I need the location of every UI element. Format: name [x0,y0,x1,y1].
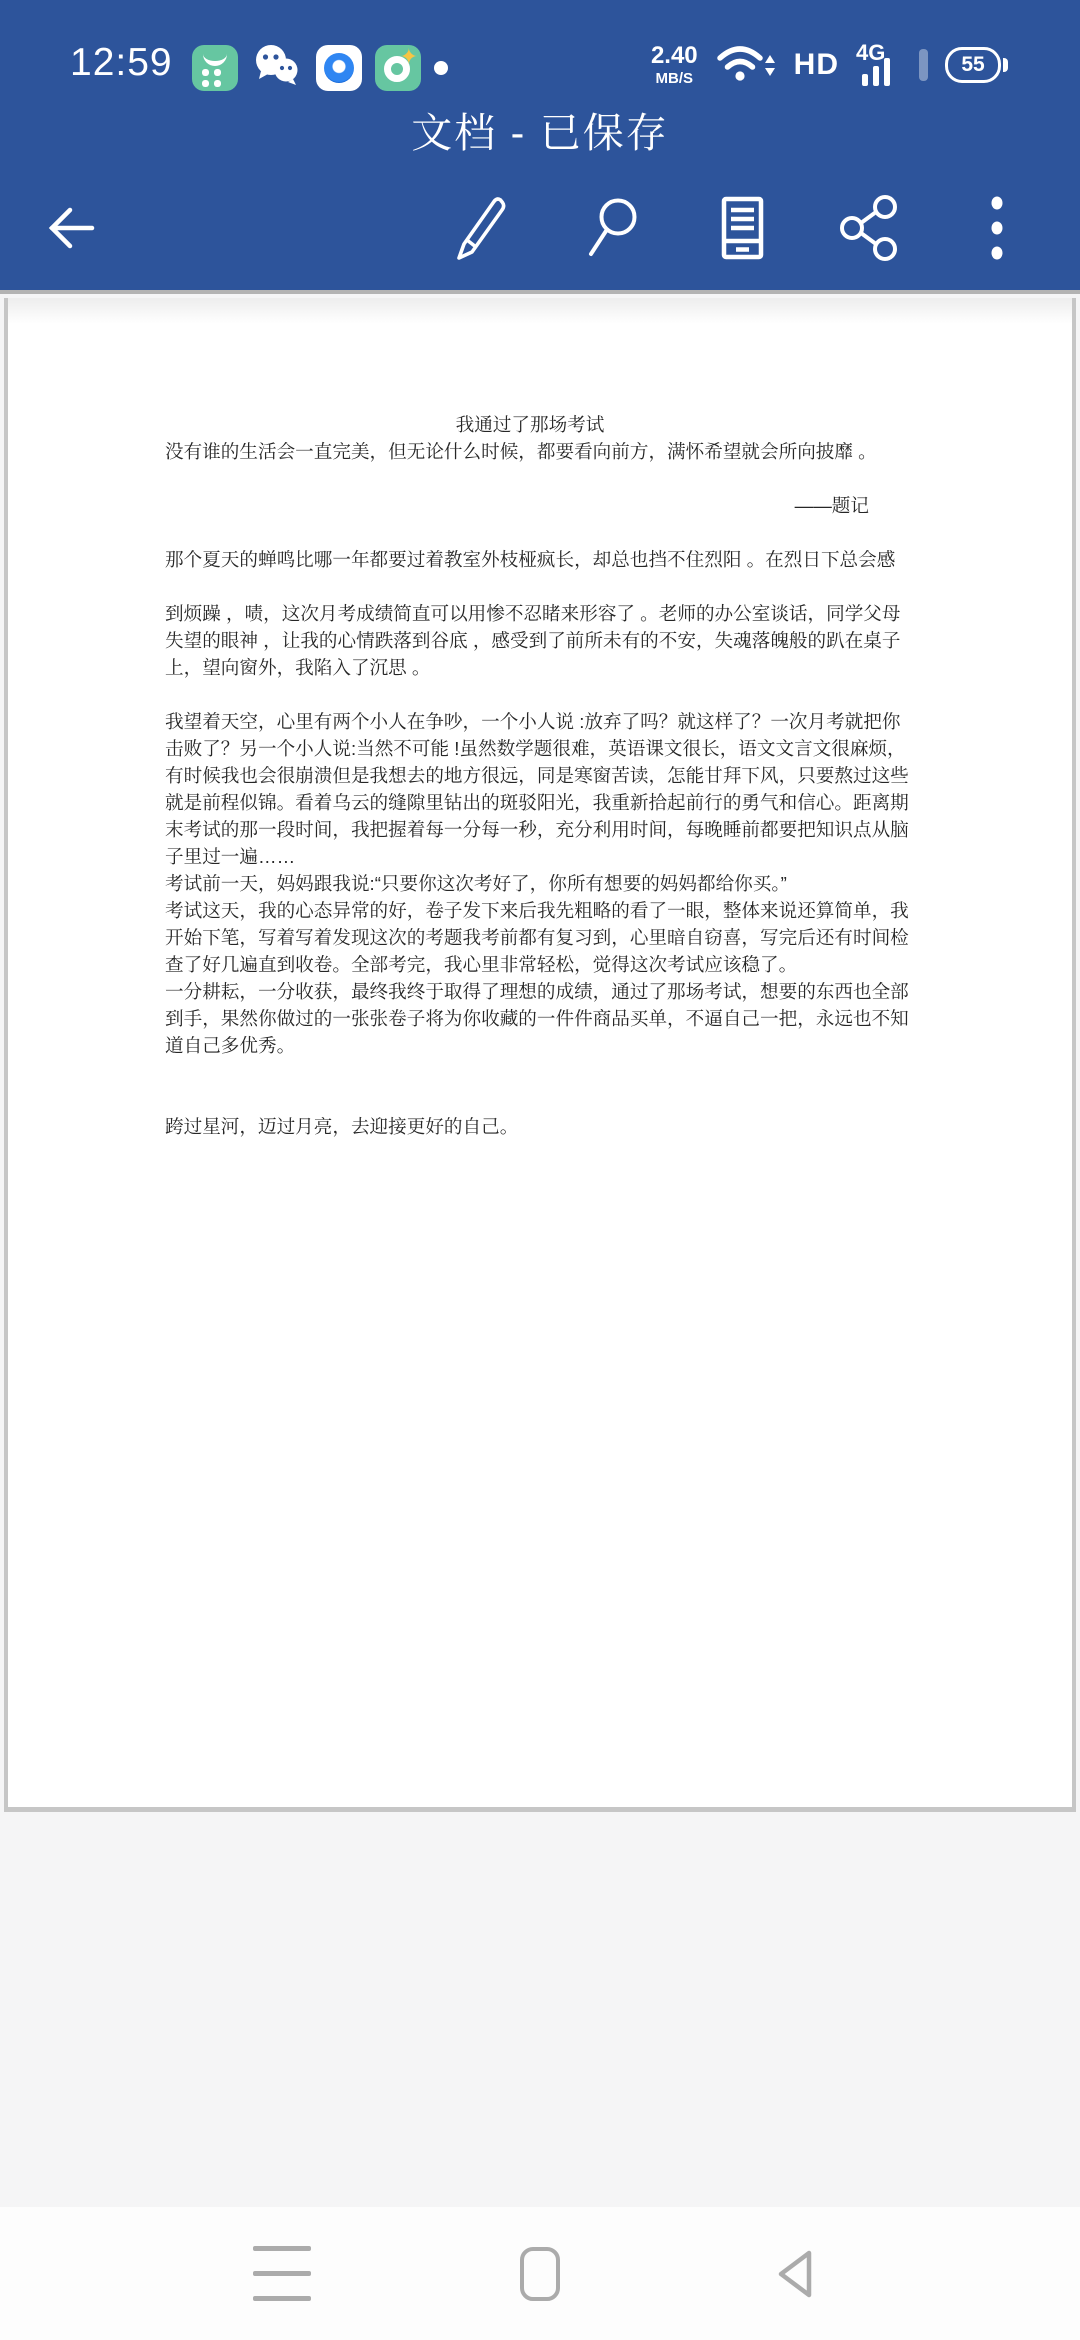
green-app-icon [192,45,238,91]
status-bar: 12:59 [0,34,1080,96]
document-line: 击败了？另一个小人说:当然不可能 !虽然数学题很难，英语课文很长，语文文言文很麻… [165,735,895,762]
page-title: 文档 - 已保存 [411,110,668,156]
document-text: 我通过了那场考试没有谁的生活会一直完美，但无论什么时候，都要看向前方，满怀希望就… [165,411,895,1140]
document-line: 道自己多优秀。 [165,1032,895,1059]
hd-indicator: HD [794,48,839,82]
network-speed: 2.40 MB/S [651,44,698,86]
document-line: 就是前程似锦。看着乌云的缝隙里钻出的斑驳阳光，我重新拾起前行的勇气和信心。距离期 [165,789,895,816]
back-arrow-icon [36,196,100,260]
green-ring-app-icon: ✦ [375,45,421,91]
sparkle-icon: ✦ [400,46,418,68]
document-line: 一分耕耘，一分收获，最终我终于取得了理想的成绩，通过了那场考试，想要的东西也全部 [165,978,895,1005]
dots-grid [202,69,222,85]
document-line [165,465,895,492]
document-line: 考试前一天，妈妈跟我说:“只要你这次考好了，你所有想要的妈妈都给你买。” [165,870,895,897]
back-triangle-icon [769,2244,821,2304]
cellular-4g-icon: 4G [856,42,902,88]
wechat-icon [251,42,303,93]
document-line [165,1086,895,1113]
pencil-icon [450,193,514,263]
status-time: 12:59 [70,41,173,85]
document-line: 到烦躁 ，啧，这次月考成绩简直可以用惨不忍睹来形容了 。老师的办公室谈话，同学父… [165,600,895,627]
battery-nub [1003,58,1008,72]
document-line: 查了好几遍直到收卷。全部考完，我心里非常轻松，觉得这次考试应该稳了。 [165,951,895,978]
document-line [165,681,895,708]
document-line: 末考试的那一段时间，我把握着每一分每一秒，充分利用时间，每晚睡前都要把知识点从脑 [165,816,895,843]
document-view-icon [714,194,770,262]
status-right-group: 2.40 MB/S HD 4G 55 [651,34,1008,96]
share-icon [838,194,902,262]
browser-ball-shape [324,53,354,83]
document-line [165,573,895,600]
signal-bars [862,58,890,86]
document-line: 那个夏天的蝉鸣比哪一年都要过着教室外枝桠疯长，却总也挡不住烈阳 。在烈日下总会感 [165,546,895,573]
document-line: 我通过了那场考试 [165,411,895,438]
more-notifications-dot [434,61,448,75]
document-line: 失望的眼神 ，让我的心情跌落到谷底 ，感受到了前所未有的不安，失魂落魄般的趴在桌… [165,627,895,654]
battery-icon: 55 [945,47,1008,83]
home-square-icon [520,2247,560,2301]
notification-icons: ✦ [192,42,448,93]
wifi-icon [715,41,777,90]
home-button[interactable] [512,2207,568,2340]
edit-button[interactable] [450,186,514,270]
more-options-button[interactable] [965,186,1029,270]
smile-shape [203,54,227,66]
document-line [165,519,895,546]
speed-unit: MB/S [651,71,698,86]
document-line: 开始下笔，写着写着发现这次的考题我考前都有复习到，心里暗自窃喜，写完后还有时间检 [165,924,895,951]
browser-icon [316,45,362,91]
document-line: 跨过星河，迈过月亮，去迎接更好的自己。 [165,1113,895,1140]
recents-menu-icon [253,2246,311,2301]
document-line: 到手，果然你做过的一张张卷子将为你收藏的一件件商品买单，不逼自己一把，永远也不知 [165,1005,895,1032]
search-icon [581,194,645,262]
document-line: 考试这天，我的心态异常的好，卷子发下来后我先粗略的看了一眼，整体来说还算简单，我 [165,897,895,924]
document-line: ——题记 [165,492,895,519]
share-button[interactable] [838,186,902,270]
system-navbar [0,2207,1080,2340]
document-line: 上，望向窗外，我陷入了沉思 。 [165,654,895,681]
speed-value: 2.40 [651,44,698,68]
recents-button[interactable] [249,2207,315,2340]
system-back-button[interactable] [765,2207,825,2340]
toolbar [0,186,1080,272]
search-button[interactable] [581,186,645,270]
document-page[interactable]: 我通过了那场考试没有谁的生活会一直完美，但无论什么时候，都要看向前方，满怀希望就… [4,298,1076,1812]
document-line: 没有谁的生活会一直完美，但无论什么时候，都要看向前方，满怀希望就会所向披靡 。 [165,438,895,465]
battery-level: 55 [945,47,1001,83]
back-button[interactable] [36,186,100,270]
document-line: 有时候我也会很崩溃但是我想去的地方很远，同是寒窗苦读，怎能甘拜下风，只要熬过这些 [165,762,895,789]
document-line: 我望着天空，心里有两个小人在争吵，一个小人说 :放弃了吗？就这样了？一次月考就把… [165,708,895,735]
document-line [165,1059,895,1086]
document-line: 子里过一遍…… [165,843,895,870]
app-header: 12:59 [0,0,1080,294]
title-bar: 文档 - 已保存 [0,100,1080,159]
more-vertical-icon [989,195,1005,261]
sim2-signal-bar [919,49,928,81]
document-view-button[interactable] [710,186,774,270]
